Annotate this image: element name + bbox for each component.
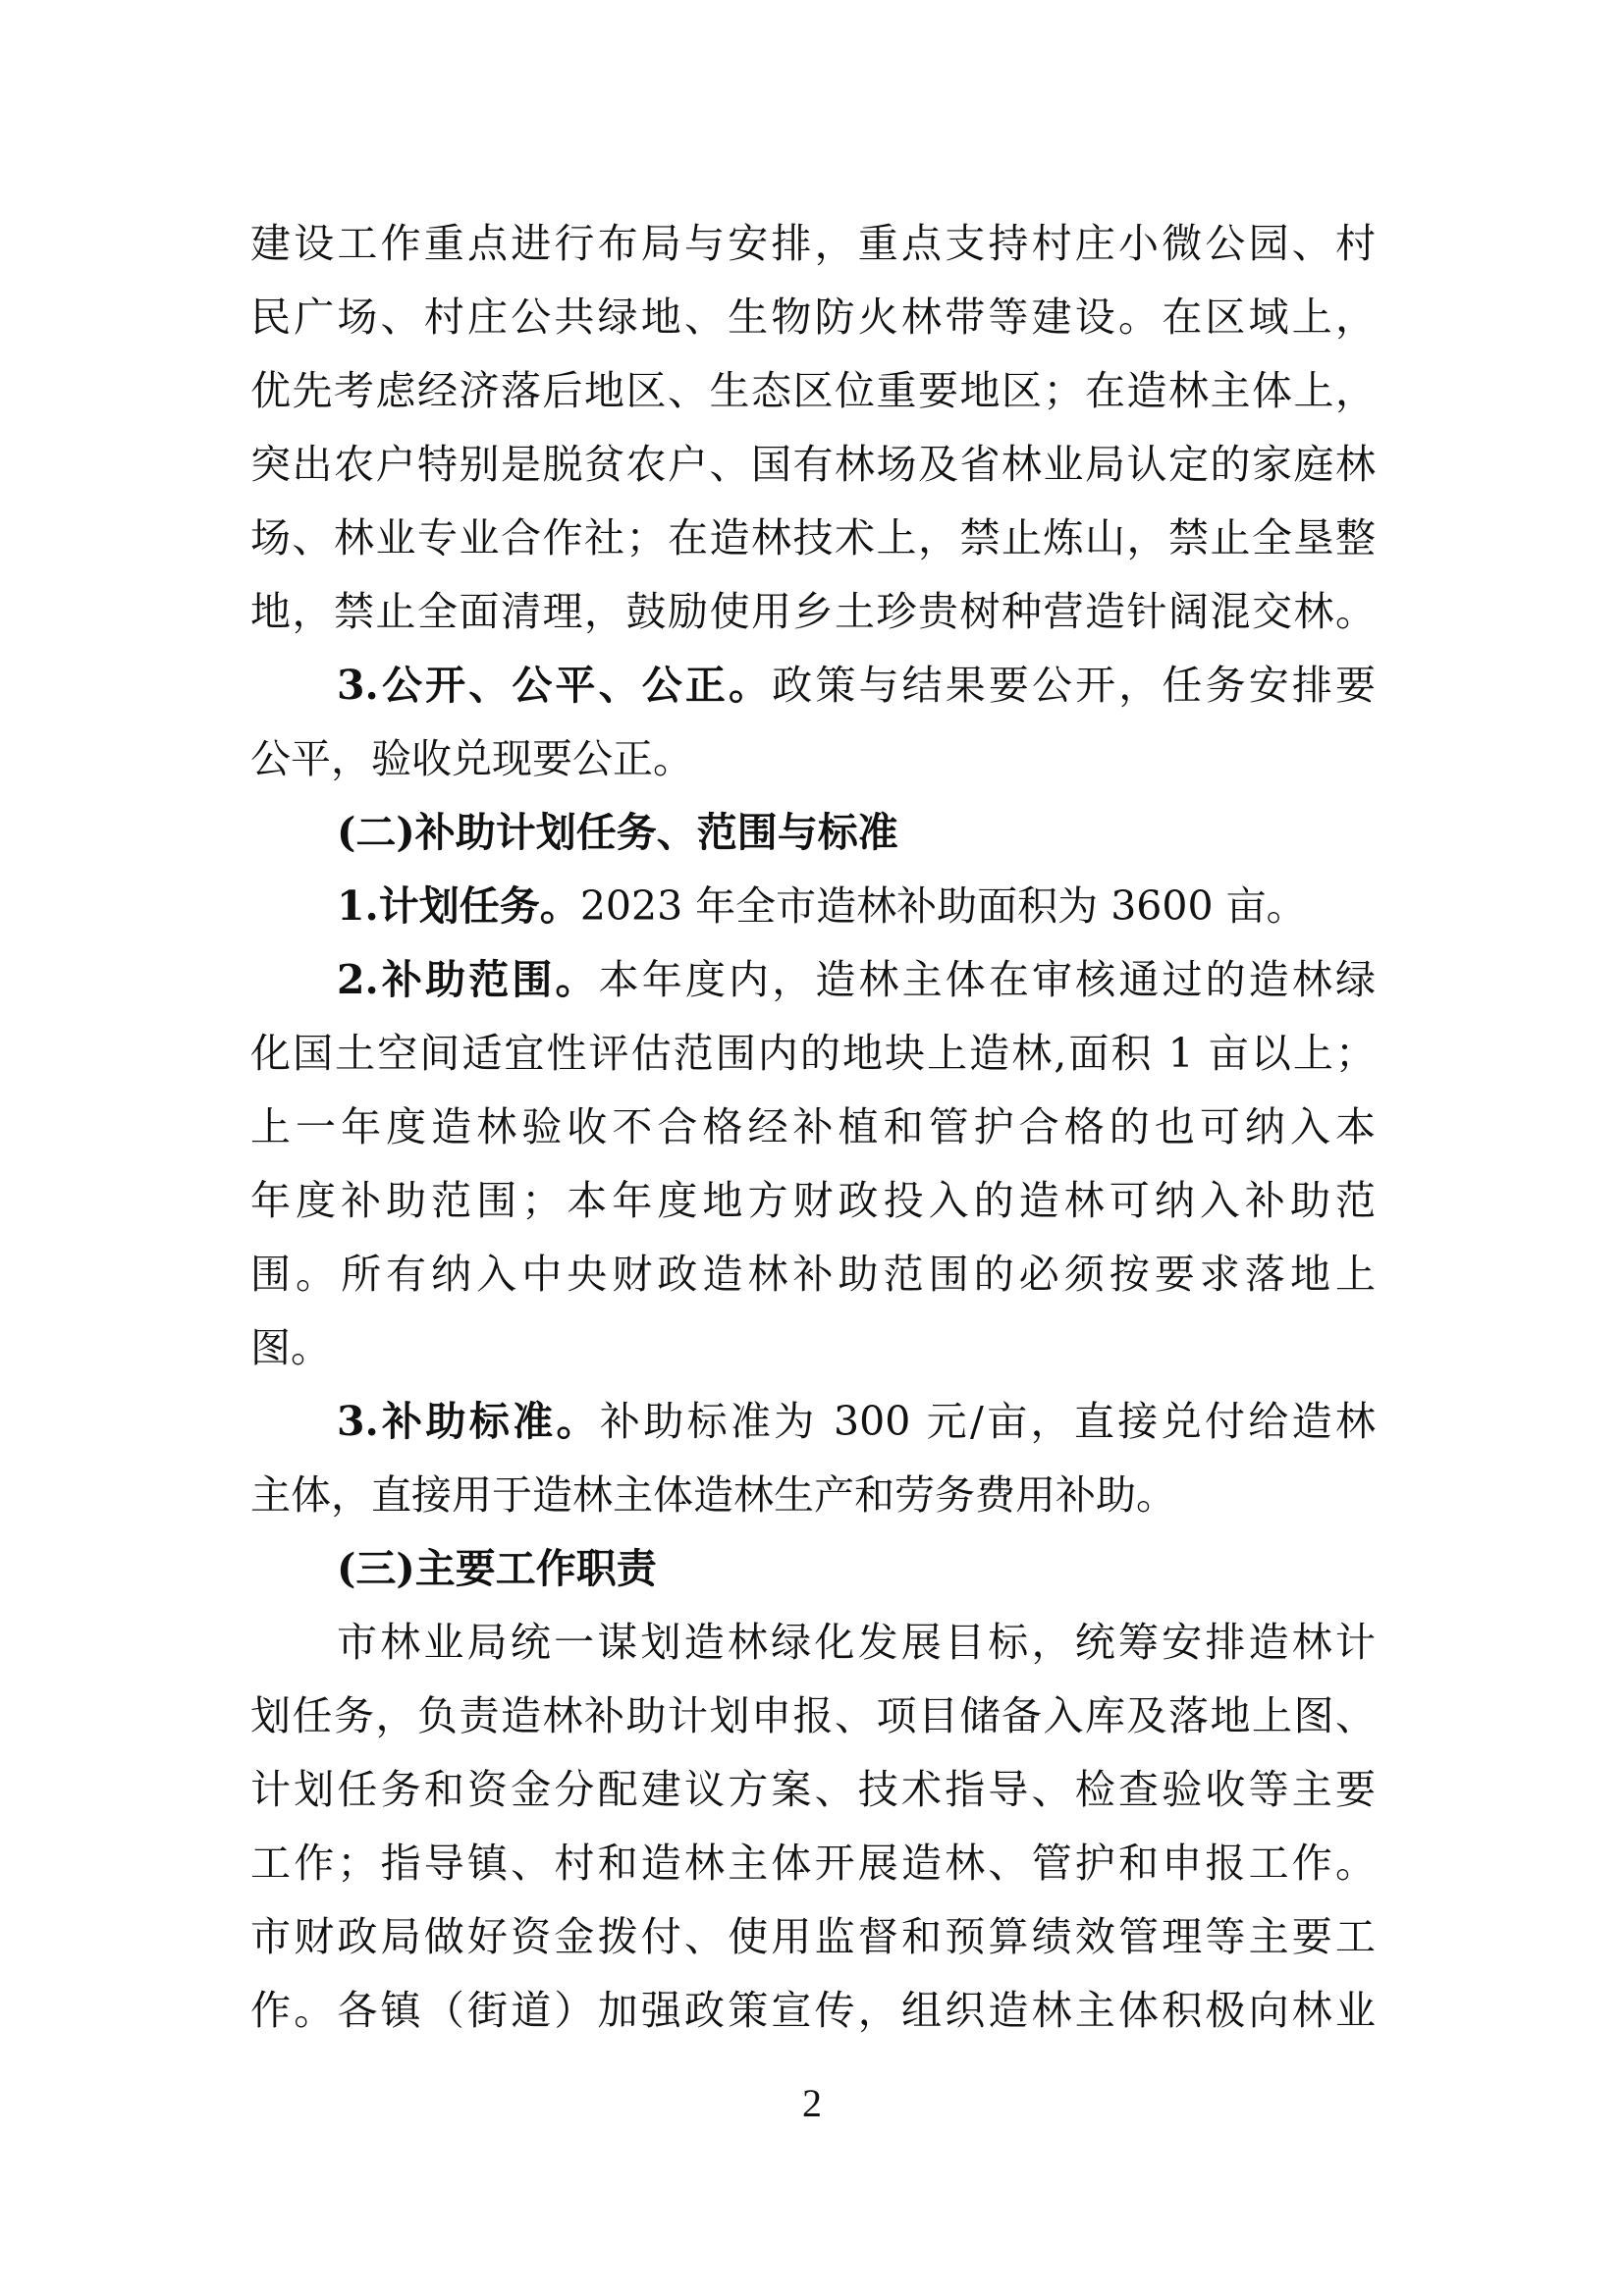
line-text: 民广场、村庄公共绿地、生物防火林带等建设。在区域上， bbox=[250, 294, 1376, 341]
item-1-plan-task: 1.计划任务。2023 年全市造林补助面积为 3600 亩。 bbox=[337, 877, 1376, 935]
page-number: 2 bbox=[0, 2079, 1624, 2128]
item-heading: 1.计划任务。 bbox=[337, 882, 580, 930]
line-text: 公平，验收兑现要公正。 bbox=[250, 735, 693, 782]
text-line: 民广场、村庄公共绿地、生物防火林带等建设。在区域上， bbox=[250, 288, 1376, 347]
section-title: (二)补助计划任务、范围与标准 bbox=[337, 809, 898, 856]
item-3-subsidy-standard: 3.补助标准。补助标准为 300 元/亩，直接兑付给造林 bbox=[337, 1392, 1376, 1451]
line-text: 上一年度造林验收不合格经补植和管护合格的也可纳入本 bbox=[250, 1103, 1376, 1150]
item-heading: 2.补助范围。 bbox=[337, 956, 599, 1003]
text-line: 围。所有纳入中央财政造林补助范围的必须按要求落地上 bbox=[250, 1245, 1376, 1304]
line-text: 图。 bbox=[250, 1324, 331, 1371]
text-line: 图。 bbox=[250, 1318, 1376, 1377]
line-text: 市林业局统一谋划造林绿化发展目标，统筹安排造林计 bbox=[337, 1619, 1376, 1666]
line-text: 划任务，负责造林补助计划申报、项目储备入库及落地上图、 bbox=[250, 1692, 1376, 1739]
line-text: 计划任务和资金分配建议方案、技术指导、检查验收等主要 bbox=[250, 1766, 1376, 1813]
item-2-subsidy-scope: 2.补助范围。本年度内，造林主体在审核通过的造林绿 bbox=[337, 950, 1376, 1009]
line-text: 建设工作重点进行布局与安排，重点支持村庄小微公园、村 bbox=[250, 220, 1376, 267]
line-text: 年度补助范围；本年度地方财政投入的造林可纳入补助范 bbox=[250, 1177, 1376, 1224]
text-line: 年度补助范围；本年度地方财政投入的造林可纳入补助范 bbox=[250, 1171, 1376, 1230]
line-text: 地，禁止全面清理，鼓励使用乡土珍贵树种营造针阔混交林。 bbox=[250, 588, 1376, 635]
item-3-public-fair-just: 3.公开、公平、公正。政策与结果要公开，任务安排要 bbox=[337, 656, 1376, 715]
item-heading: 3.公开、公平、公正。 bbox=[337, 662, 772, 709]
text-line: 场、林业专业合作社；在造林技术上，禁止炼山，禁止全垦整 bbox=[250, 508, 1376, 567]
text-line: 公平，验收兑现要公正。 bbox=[250, 729, 1376, 788]
text-line: 优先考虑经济落后地区、生态区位重要地区；在造林主体上， bbox=[250, 361, 1376, 420]
item-heading: 3.补助标准。 bbox=[337, 1398, 600, 1445]
text-line: 划任务，负责造林补助计划申报、项目储备入库及落地上图、 bbox=[250, 1686, 1376, 1745]
line-text: 市财政局做好资金拨付、使用监督和预算绩效管理等主要工 bbox=[250, 1913, 1376, 1960]
section-heading-3: (三)主要工作职责 bbox=[337, 1539, 1376, 1598]
line-text: 围。所有纳入中央财政造林补助范围的必须按要求落地上 bbox=[250, 1251, 1376, 1298]
line-text: 作。各镇（街道）加强政策宣传，组织造林主体积极向林业 bbox=[250, 1987, 1376, 2034]
section-heading-2: (二)补助计划任务、范围与标准 bbox=[337, 803, 1376, 862]
text-line: 上一年度造林验收不合格经补植和管护合格的也可纳入本 bbox=[250, 1097, 1376, 1156]
text-line: 市财政局做好资金拨付、使用监督和预算绩效管理等主要工 bbox=[250, 1907, 1376, 1966]
line-text: 场、林业专业合作社；在造林技术上，禁止炼山，禁止全垦整 bbox=[250, 514, 1376, 561]
line-text: 工作；指导镇、村和造林主体开展造林、管护和申报工作。 bbox=[250, 1840, 1376, 1887]
line-text: 优先考虑经济落后地区、生态区位重要地区；在造林主体上， bbox=[250, 367, 1376, 414]
document-page: 建设工作重点进行布局与安排，重点支持村庄小微公园、村 民广场、村庄公共绿地、生物… bbox=[0, 0, 1624, 2296]
text-line: 化国土空间适宜性评估范围内的地块上造林,面积 1 亩以上； bbox=[250, 1024, 1376, 1083]
line-text: 主体，直接用于造林主体造林生产和劳务费用补助。 bbox=[250, 1471, 1176, 1519]
line-text: 2023 年全市造林补助面积为 3600 亩。 bbox=[580, 882, 1307, 930]
section-title: (三)主要工作职责 bbox=[337, 1545, 657, 1592]
line-text: 突出农户特别是脱贫农户、国有林场及省林业局认定的家庭林 bbox=[250, 441, 1376, 488]
text-line: 建设工作重点进行布局与安排，重点支持村庄小微公园、村 bbox=[250, 214, 1376, 273]
line-text: 化国土空间适宜性评估范围内的地块上造林,面积 1 亩以上； bbox=[250, 1030, 1376, 1077]
text-line: 突出农户特别是脱贫农户、国有林场及省林业局认定的家庭林 bbox=[250, 435, 1376, 494]
text-line: 计划任务和资金分配建议方案、技术指导、检查验收等主要 bbox=[250, 1760, 1376, 1819]
line-text: 补助标准为 300 元/亩，直接兑付给造林 bbox=[600, 1398, 1376, 1445]
text-line: 工作；指导镇、村和造林主体开展造林、管护和申报工作。 bbox=[250, 1834, 1376, 1893]
text-line: 市林业局统一谋划造林绿化发展目标，统筹安排造林计 bbox=[337, 1613, 1376, 1672]
text-line: 主体，直接用于造林主体造林生产和劳务费用补助。 bbox=[250, 1466, 1376, 1524]
line-text: 政策与结果要公开，任务安排要 bbox=[772, 662, 1376, 709]
text-line: 地，禁止全面清理，鼓励使用乡土珍贵树种营造针阔混交林。 bbox=[250, 582, 1376, 641]
text-line: 作。各镇（街道）加强政策宣传，组织造林主体积极向林业 bbox=[250, 1981, 1376, 2040]
line-text: 本年度内，造林主体在审核通过的造林绿 bbox=[599, 956, 1376, 1003]
